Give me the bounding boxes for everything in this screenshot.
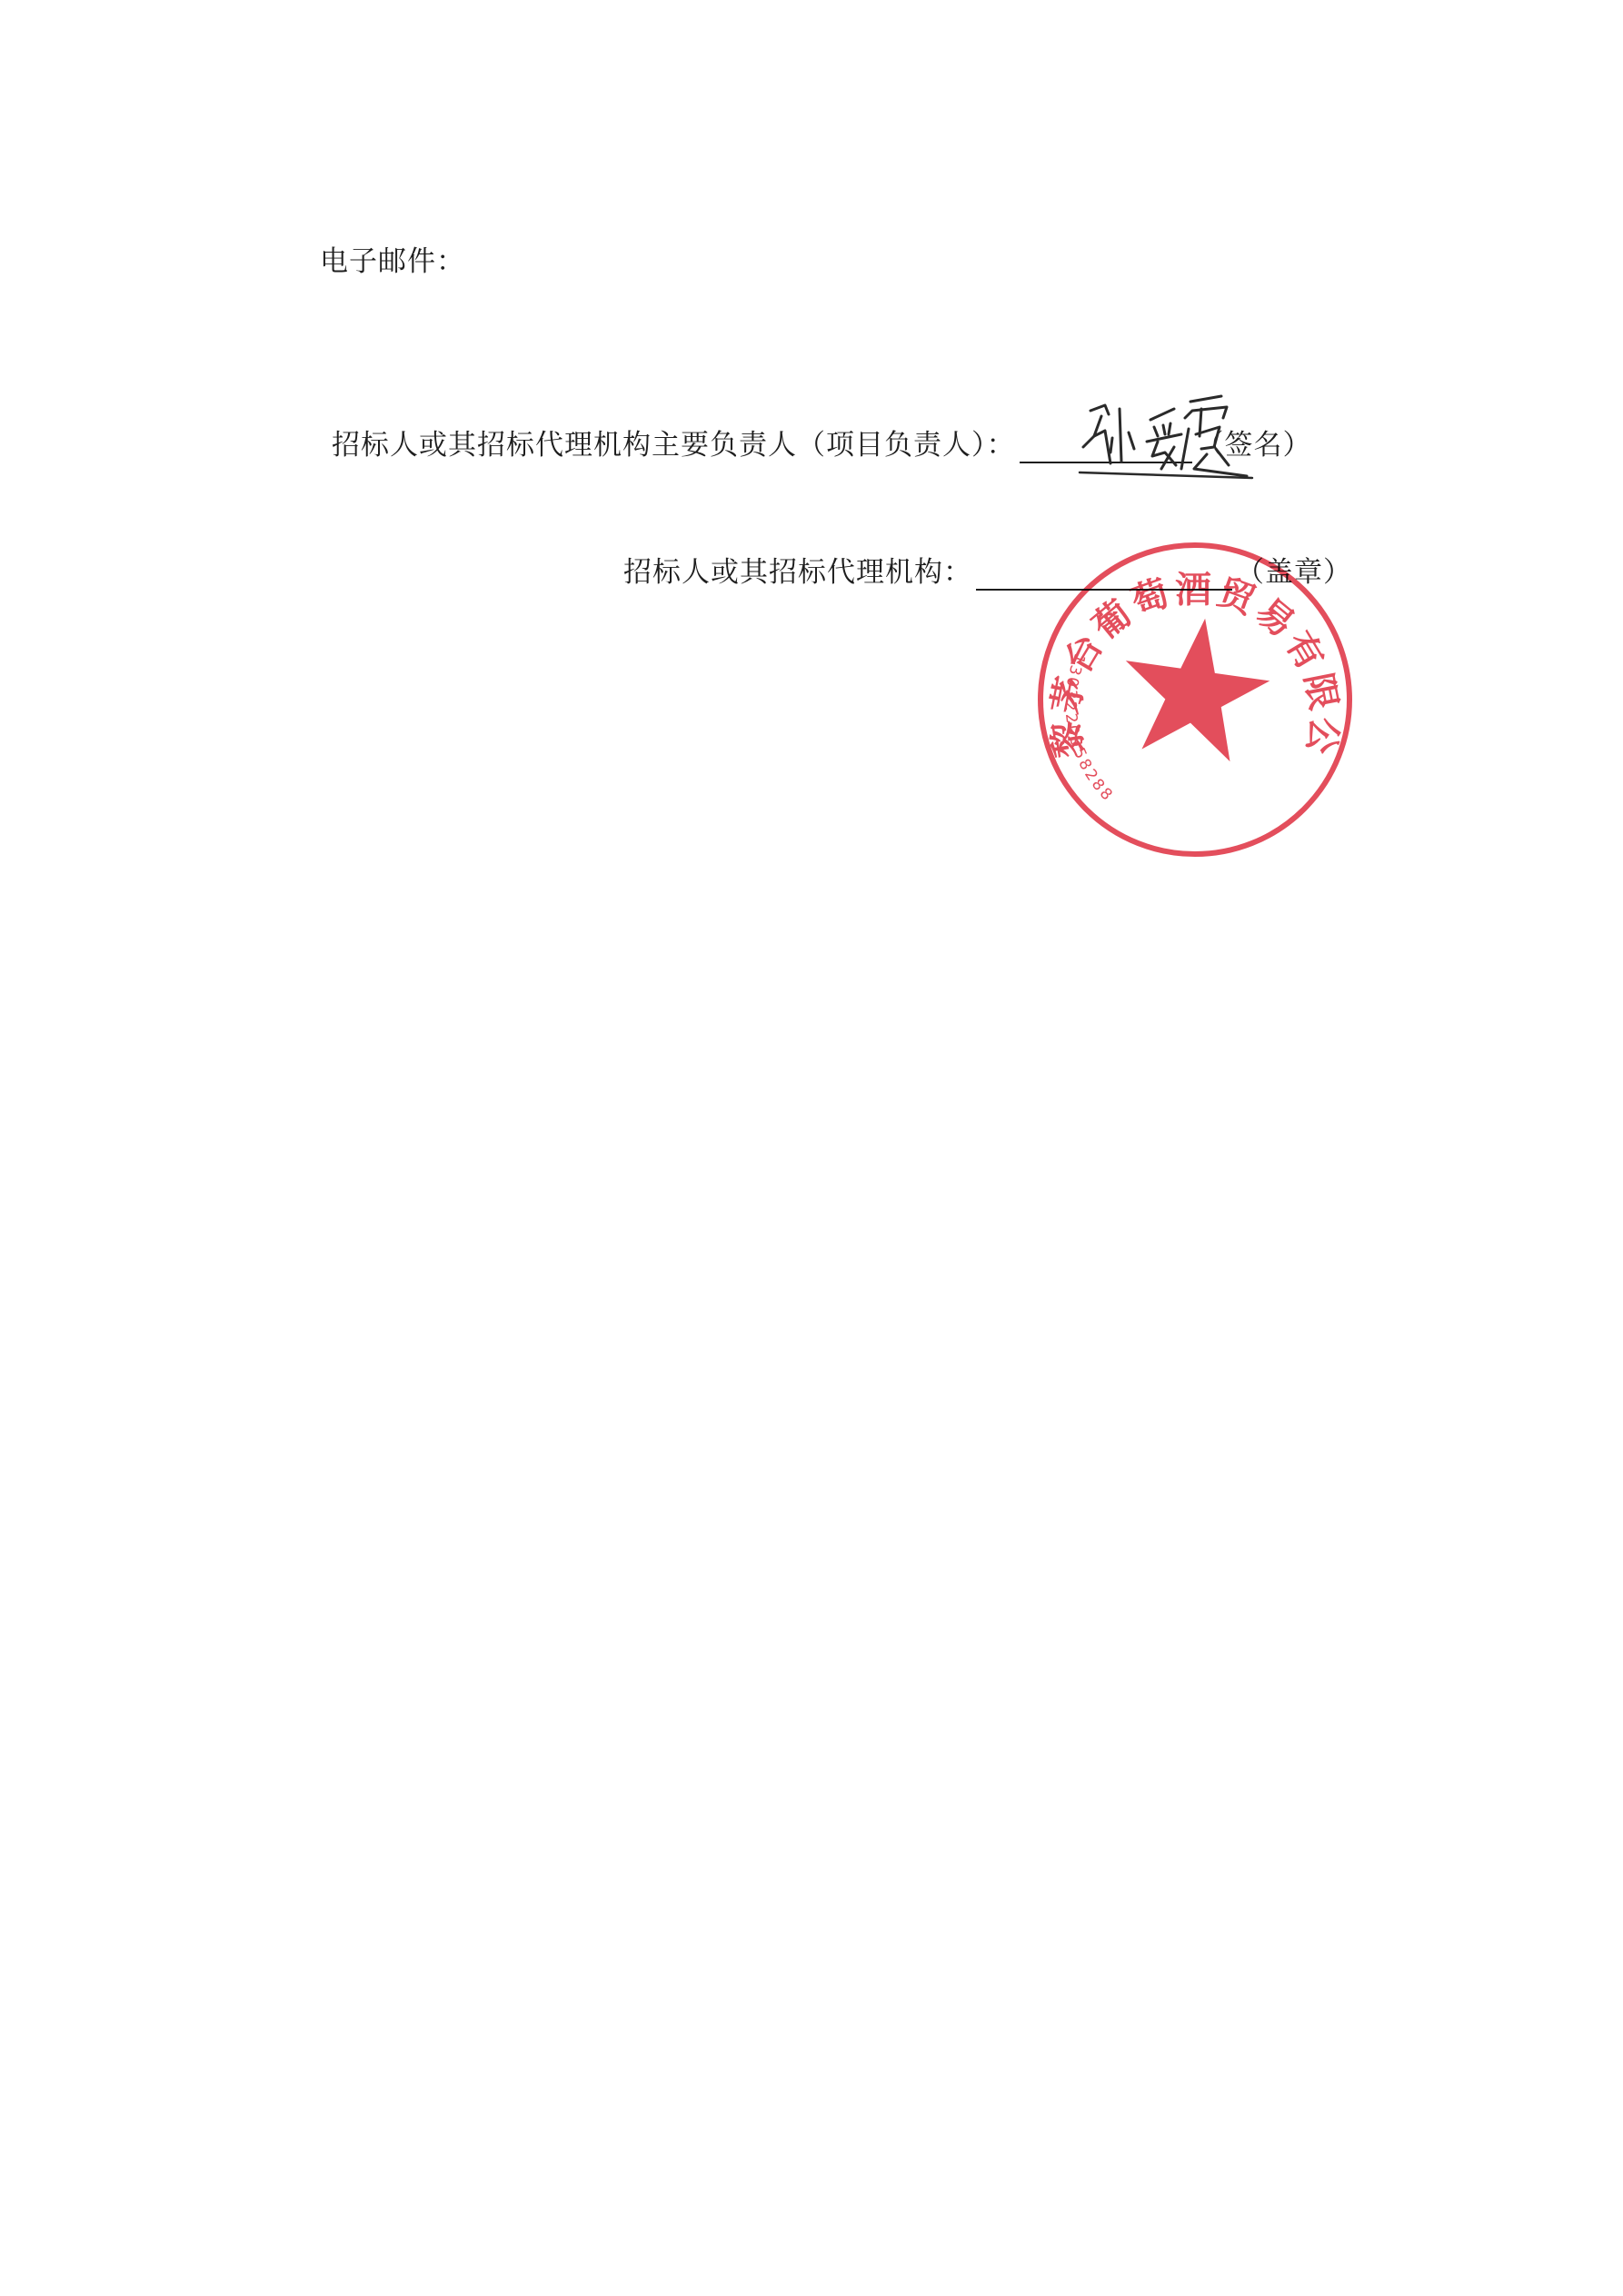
document-page: 电子邮件： 招标人或其招标代理机构主要负责人（项目负责人）：（签名） 孙爱霞 (0, 0, 1623, 2296)
signer-line: 招标人或其招标代理机构主要负责人（项目负责人）：（签名） (332, 427, 1312, 463)
org-label: 招标人或其招标代理机构： (623, 556, 972, 589)
signer-suffix: （签名） (1196, 429, 1312, 462)
star-icon (1114, 609, 1278, 766)
email-label: 电子邮件： (320, 245, 465, 278)
email-line: 电子邮件： (320, 244, 465, 280)
signature-blank (1020, 431, 1192, 463)
signer-label: 招标人或其招标代理机构主要负责人（项目负责人）： (332, 429, 1016, 462)
company-seal: 昌黎茅台葡萄酒贸易有限公司 1303220958288 (1031, 536, 1359, 863)
